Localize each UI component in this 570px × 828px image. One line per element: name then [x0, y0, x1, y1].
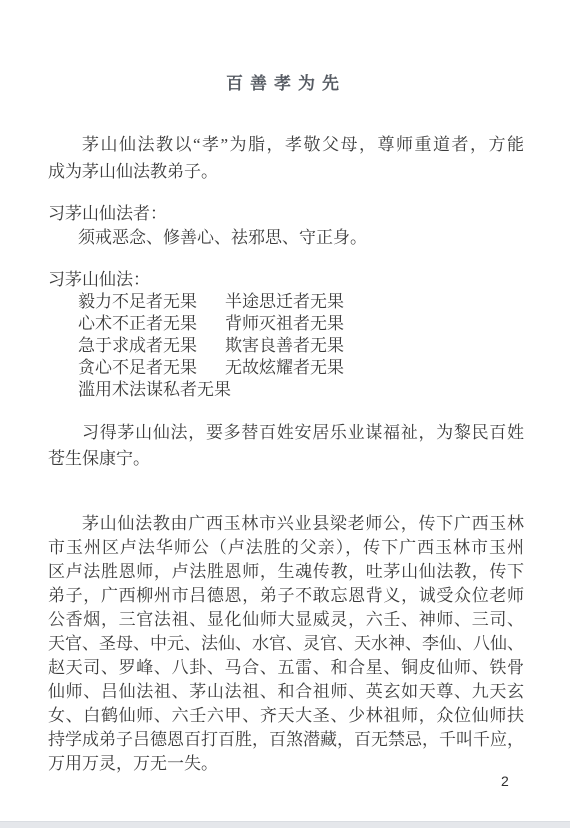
paragraph-line: 习得茅山仙法，要多替百姓安居乐业谋福祉，为黎民百姓	[48, 420, 524, 446]
practitioner-section-heading: 习茅山仙法者：	[48, 202, 524, 226]
rule-left: 急于求成者无果	[78, 335, 197, 357]
rule-left: 滥用术法谋私者无果	[78, 379, 231, 401]
scan-edge-band	[0, 821, 570, 828]
paragraph-line: 苍生保康宁。	[48, 446, 524, 472]
paragraph-line: 茅山仙法教以“孝”为脂，孝敬父母，尊师重道者，方能	[48, 131, 524, 158]
blessing-paragraph: 习得茅山仙法，要多替百姓安居乐业谋福祉，为黎民百姓 苍生保康宁。	[48, 420, 524, 472]
paragraph-line: 赵天司、罗峰、八卦、马合、五雷、和合星、铜皮仙师、铁骨	[48, 656, 524, 680]
rule-left: 心术不正者无果	[78, 313, 197, 335]
rule-row: 急于求成者无果欺害良善者无果	[78, 335, 524, 357]
rule-row: 贪心不足者无果无故炫耀者无果	[78, 357, 524, 379]
paragraph-line: 区卢法胜恩师，卢法胜恩师，生魂传教，吐茅山仙法教，传下	[48, 560, 524, 584]
paragraph-line: 持学成弟子吕德恩百打百胜，百煞潜藏，百无禁忌，千叫千应，	[48, 728, 524, 752]
scanned-book-page: 百善孝为先 茅山仙法教以“孝”为脂，孝敬父母，尊师重道者，方能 成为茅山仙法教弟…	[0, 0, 570, 828]
paragraph-line: 茅山仙法教由广西玉林市兴业县梁老师公，传下广西玉林	[48, 512, 524, 536]
rule-row: 滥用术法谋私者无果	[78, 379, 524, 401]
paragraph-line: 万用万灵，万无一失。	[48, 752, 524, 776]
rule-right: 欺害良善者无果	[225, 336, 344, 355]
rule-left: 贪心不足者无果	[78, 357, 197, 379]
rules-list: 毅力不足者无果半途思迁者无果 心术不正者无果背师灭祖者无果 急于求成者无果欺害良…	[48, 291, 524, 401]
paragraph-line: 天官、圣母、中元、法仙、水官、灵官、天水神、李仙、八仙、	[48, 632, 524, 656]
rule-row: 心术不正者无果背师灭祖者无果	[78, 313, 524, 335]
paragraph-line: 仙师、吕仙法祖、茅山法祖、和合祖师、英玄如天尊、九天玄	[48, 680, 524, 704]
intro-paragraph: 茅山仙法教以“孝”为脂，孝敬父母，尊师重道者，方能 成为茅山仙法教弟子。	[48, 131, 524, 185]
method-section-heading: 习茅山仙法：	[48, 269, 524, 291]
rule-row: 毅力不足者无果半途思迁者无果	[78, 291, 524, 313]
practitioner-section-body: 须戒恶念、修善心、祛邪思、守正身。	[48, 226, 524, 250]
lineage-paragraph: 茅山仙法教由广西玉林市兴业县梁老师公，传下广西玉林 市玉州区卢法华师公（卢法胜的…	[48, 512, 524, 776]
rule-right: 无故炫耀者无果	[225, 358, 344, 377]
rule-right: 半途思迁者无果	[225, 292, 344, 311]
paragraph-line: 弟子，广西柳州市吕德恩，弟子不敢忘恩背义，诚受众位老师	[48, 584, 524, 608]
paragraph-line: 公香烟，三官法祖、显化仙师大显威灵，六壬、神师、三司、	[48, 608, 524, 632]
paragraph-line: 成为茅山仙法教弟子。	[48, 158, 524, 185]
page-title: 百善孝为先	[48, 0, 524, 94]
paragraph-line: 市玉州区卢法华师公（卢法胜的父亲），传下广西玉林市玉州	[48, 536, 524, 560]
page-content: 百善孝为先 茅山仙法教以“孝”为脂，孝敬父母，尊师重道者，方能 成为茅山仙法教弟…	[48, 0, 524, 776]
rule-right: 背师灭祖者无果	[225, 314, 344, 333]
page-number: 2	[501, 773, 509, 789]
paragraph-line: 女、白鹤仙师、六壬六甲、齐天大圣、少林祖师，众位仙师扶	[48, 704, 524, 728]
rule-left: 毅力不足者无果	[78, 291, 197, 313]
